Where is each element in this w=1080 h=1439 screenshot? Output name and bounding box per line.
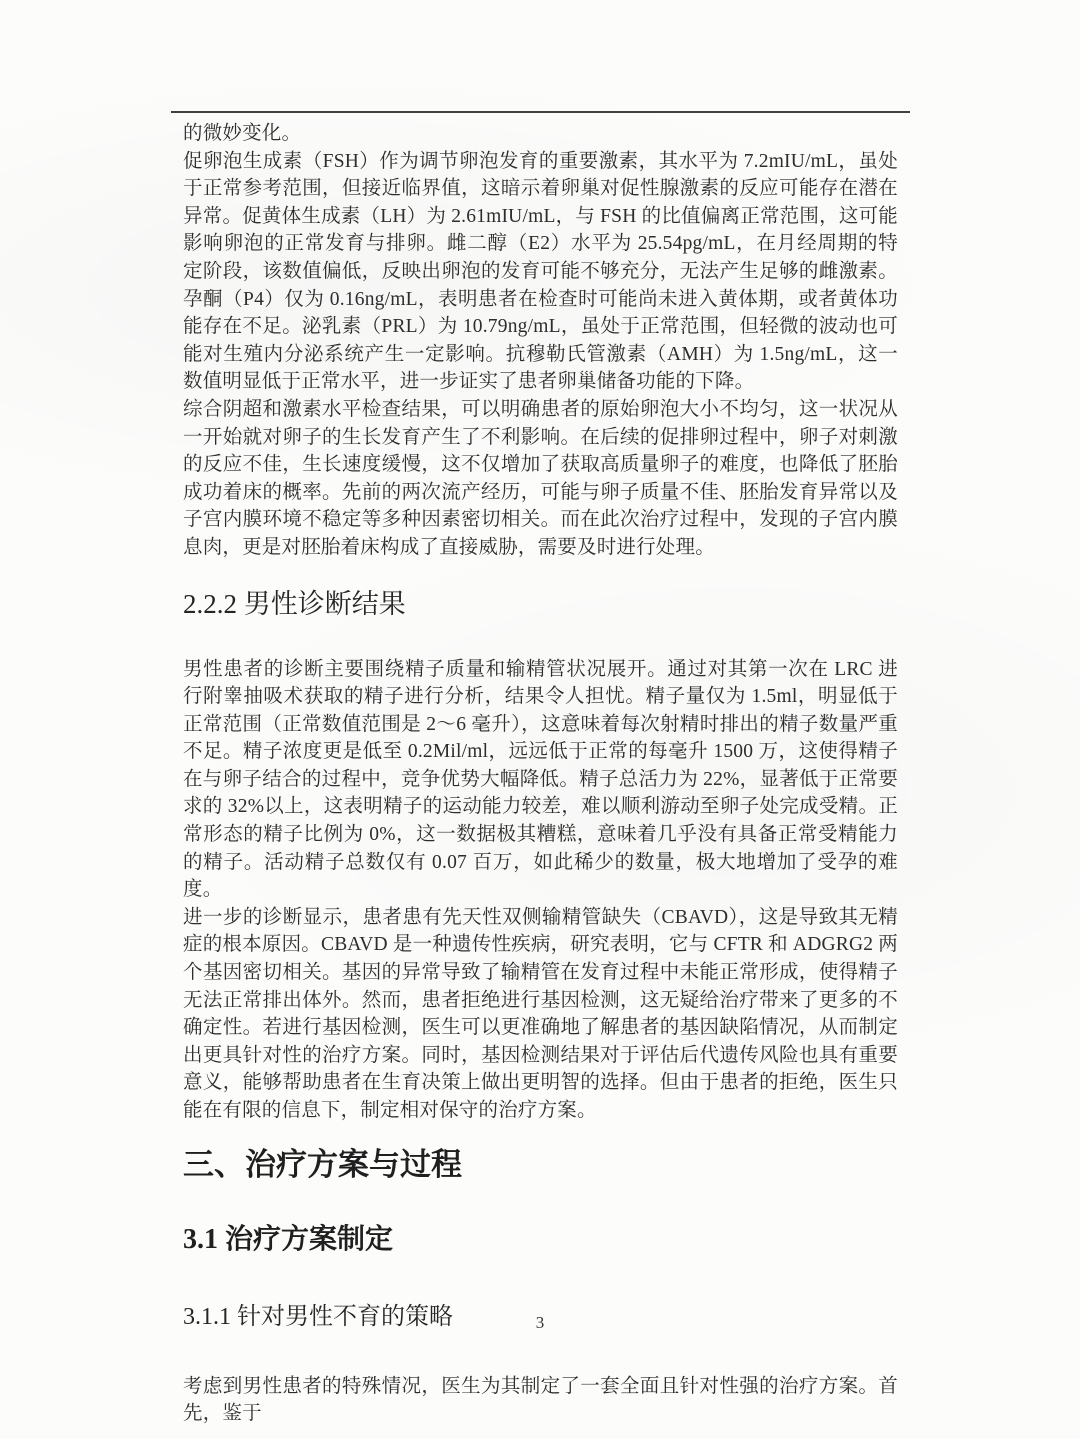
paragraph-sperm-analysis: 男性患者的诊断主要围绕精子质量和输精管状况展开。通过对其第一次在 LRC 进行附… bbox=[183, 656, 898, 904]
heading-2-2-2-male-diagnosis: 2.2.2 男性诊断结果 bbox=[183, 586, 898, 622]
heading-3-1-treatment-plan: 3.1 治疗方案制定 bbox=[183, 1221, 898, 1259]
header-rule bbox=[171, 111, 910, 113]
paragraph-carryover: 的微妙变化。 bbox=[183, 120, 898, 148]
heading-section-3-treatment: 三、治疗方案与过程 bbox=[183, 1145, 898, 1185]
page-content: 的微妙变化。 促卵泡生成素（FSH）作为调节卵泡发育的重要激素，其水平为 7.2… bbox=[183, 0, 898, 1428]
page-number: 3 bbox=[0, 1313, 1080, 1333]
paragraph-cbavd-diagnosis: 进一步的诊断显示，患者患有先天性双侧输精管缺失（CBAVD），这是导致其无精症的… bbox=[183, 904, 898, 1125]
paragraph-female-diagnosis-summary: 综合阴超和激素水平检查结果，可以明确患者的原始卵泡大小不均匀，这一状况从一开始就… bbox=[183, 396, 898, 562]
document-page: 的微妙变化。 促卵泡生成素（FSH）作为调节卵泡发育的重要激素，其水平为 7.2… bbox=[0, 0, 1080, 1439]
paragraph-treatment-strategy-intro: 考虑到男性患者的特殊情况，医生为其制定了一套全面且针对性强的治疗方案。首先，鉴于 bbox=[183, 1373, 898, 1428]
paragraph-hormone-results: 促卵泡生成素（FSH）作为调节卵泡发育的重要激素，其水平为 7.2mIU/mL，… bbox=[183, 148, 898, 396]
